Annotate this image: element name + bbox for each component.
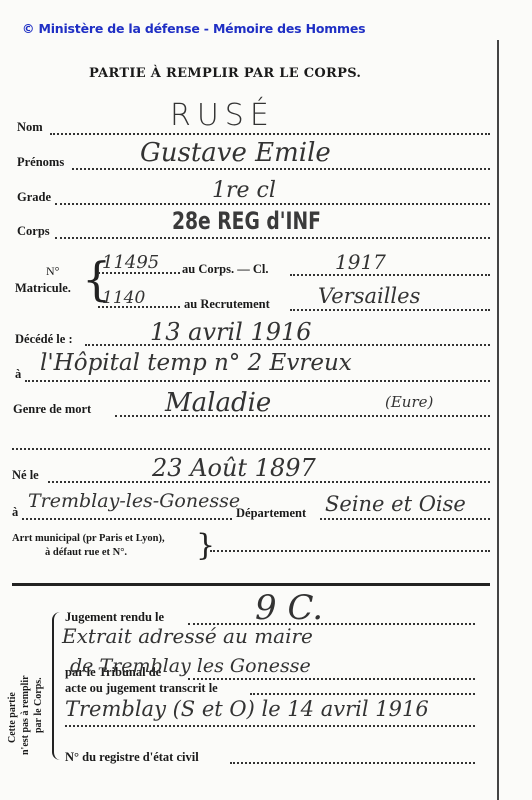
grade-label: Grade <box>17 190 51 205</box>
recrutement-lieu-line <box>290 309 490 311</box>
genre-mort-value: Maladie <box>165 388 271 418</box>
genre-mort-label: Genre de mort <box>13 402 91 417</box>
code-value: 9 C. <box>255 588 323 628</box>
section-divider <box>12 583 490 586</box>
nom-label: Nom <box>17 120 43 135</box>
classe-line <box>290 274 490 276</box>
au-recrutement-label: au Recrutement <box>184 297 270 312</box>
registre-line <box>230 762 475 764</box>
lieu-naissance-line <box>22 518 232 520</box>
corps-stamp: 28e REG d'INF <box>172 207 321 235</box>
lieu-naissance-value: Tremblay-les-Gonesse <box>28 490 240 512</box>
corps-no-value: 11495 <box>102 252 159 273</box>
arrondissement-line <box>210 550 490 552</box>
lieu-naissance-label: à <box>12 505 18 520</box>
au-corps-label: au Corps. — Cl. <box>182 262 268 277</box>
prenoms-line <box>72 168 490 170</box>
blank-line <box>12 448 490 450</box>
side-note-line-3: par le Corps. <box>33 677 44 733</box>
acte-value: Tremblay (S et O) le 14 avril 1916 <box>65 697 429 721</box>
lieu-deces-label: à <box>15 367 21 382</box>
prenoms-label: Prénoms <box>17 155 64 170</box>
decede-value: 13 avril 1916 <box>150 318 312 346</box>
matricule-label: Matricule. <box>15 281 71 296</box>
jugement-note: Extrait adressé au maire <box>62 624 313 648</box>
prenoms-value: Gustave Emile <box>140 138 331 168</box>
arrondissement-label-1: Arrt municipal (pr Paris et Lyon), <box>12 533 165 544</box>
corps-label: Corps <box>17 224 50 239</box>
registre-label: N° du registre d'état civil <box>65 750 199 765</box>
tribunal-line <box>188 678 475 680</box>
no-label: N° <box>46 264 59 279</box>
classe-value: 1917 <box>335 250 386 274</box>
side-note-line-2: n'est pas à remplir <box>20 675 31 755</box>
arrondissement-brace: } <box>196 528 215 563</box>
jugement-label: Jugement rendu le <box>65 610 164 625</box>
decede-label: Décédé le : <box>15 332 73 347</box>
grade-value: 1re cl <box>212 178 276 203</box>
departement-label: Département <box>236 506 306 521</box>
arrondissement-label-2: à défaut rue et N°. <box>45 547 127 558</box>
acte-line <box>250 693 475 695</box>
acte-value-line <box>65 725 475 727</box>
ne-le-label: Né le <box>12 468 39 483</box>
departement-line <box>320 518 490 520</box>
lieu-deces-value: l'Hôpital temp n° 2 Evreux <box>40 350 352 376</box>
genre-mort-note: (Eure) <box>385 393 433 411</box>
acte-label: acte ou jugement transcrit le <box>65 681 218 696</box>
right-border-rule <box>497 40 499 800</box>
side-note-line-1: Cette partie <box>7 692 18 743</box>
corps-line <box>55 237 490 239</box>
form-title: PARTIE À REMPLIR PAR LE CORPS. <box>89 66 361 81</box>
copyright-watermark: © Ministère de la défense - Mémoire des … <box>22 21 365 36</box>
grade-line <box>55 203 490 205</box>
recrutement-no-value: 1140 <box>102 288 145 308</box>
tribunal-value: de Tremblay les Gonesse <box>70 655 311 677</box>
lieu-deces-line <box>25 380 490 382</box>
departement-value: Seine et Oise <box>325 492 466 516</box>
nom-line <box>50 133 490 135</box>
ne-le-value: 23 Août 1897 <box>152 454 316 482</box>
recrutement-lieu-value: Versailles <box>318 284 420 308</box>
nom-value: RUSÉ <box>170 98 275 133</box>
